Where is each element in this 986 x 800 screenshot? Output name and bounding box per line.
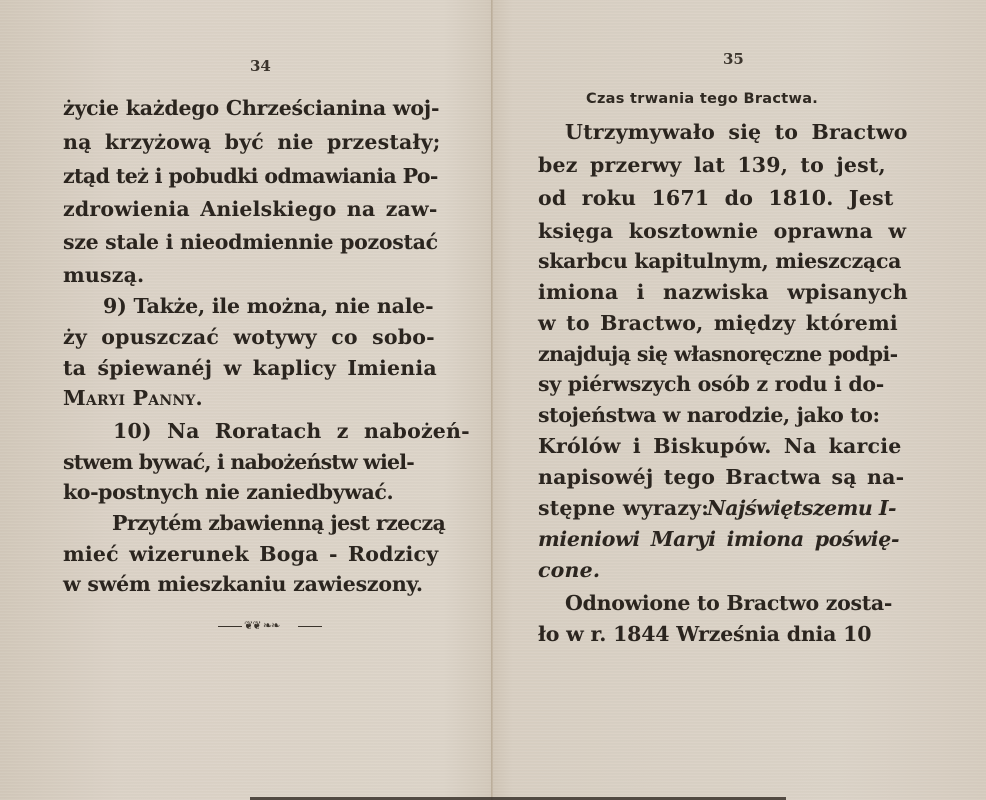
text-line: Utrzymywało się to Bractwo: [565, 122, 908, 143]
text-line: Maryi Panny.: [63, 388, 203, 409]
text-line: bez przerwy lat 139, to jest,: [538, 155, 886, 176]
italic-text: Najświętszemu I-: [707, 498, 896, 519]
italic-text: cone.: [538, 560, 600, 581]
text-line: od roku 1671 do 1810. Jest: [538, 188, 893, 209]
text-line: sze stale i nieodmiennie pozostać: [63, 232, 438, 253]
page-number: 35: [723, 50, 744, 68]
page-number: 34: [250, 57, 271, 75]
book-spine: [491, 0, 493, 800]
text-line: ży opuszczać wotywy co sobo-: [63, 327, 435, 348]
text-line: muszą.: [63, 265, 144, 286]
text-line: ko-postnych nie zaniedbywać.: [63, 482, 393, 503]
text-line: sy piérwszych osób z rodu i do-: [538, 374, 884, 395]
text-line: stępne wyrazy:: [538, 498, 709, 519]
text-line: Królów i Biskupów. Na karcie: [538, 436, 901, 457]
text-line: księga kosztownie oprawna w: [538, 221, 906, 242]
text-line: mieć wizerunek Boga - Rodzicy: [63, 544, 438, 565]
book-spread: 34 życie każdego Chrześcianina woj- ną k…: [0, 0, 986, 800]
decorative-ornament-icon: ❦❦ ❧❧: [218, 620, 322, 632]
text-line: imiona i nazwiska wpisanych: [538, 282, 908, 303]
text-line: życie każdego Chrześcianina woj-: [63, 98, 439, 119]
text-line: w swém mieszkaniu zawieszony.: [63, 574, 423, 595]
text-line: Odnowione to Bractwo zosta-: [565, 593, 892, 614]
text-line: zdrowienia Anielskiego na zaw-: [63, 199, 438, 220]
text-line: 10) Na Roratach z nabożeń-: [113, 421, 470, 442]
text-line: ną krzyżową być nie przestały;: [63, 132, 440, 153]
text-line: napisowéj tego Bractwa są na-: [538, 467, 904, 488]
text-line: Przytém zbawienną jest rzeczą: [112, 513, 445, 534]
text-line: stojeństwa w narodzie, jako to:: [538, 405, 880, 426]
text-line: ztąd też i pobudki odmawiania Po-: [63, 166, 438, 187]
text-line: znajdują się własnoręczne podpi-: [538, 344, 898, 365]
text-line: 9) Także, ile można, nie nale-: [103, 296, 433, 317]
text-line: skarbcu kapitulnym, mieszcząca: [538, 251, 901, 272]
text-line: ta śpiewanéj w kaplicy Imienia: [63, 358, 437, 379]
text-line: ło w r. 1844 Września dnia 10: [538, 624, 871, 645]
text-line: w to Bractwo, między któremi: [538, 313, 898, 334]
section-heading: Czas trwania tego Bractwa.: [586, 91, 818, 107]
italic-text: mieniowi Maryi imiona poświę-: [538, 529, 899, 550]
text-line: stwem bywać, i nabożeństw wiel-: [63, 452, 414, 473]
